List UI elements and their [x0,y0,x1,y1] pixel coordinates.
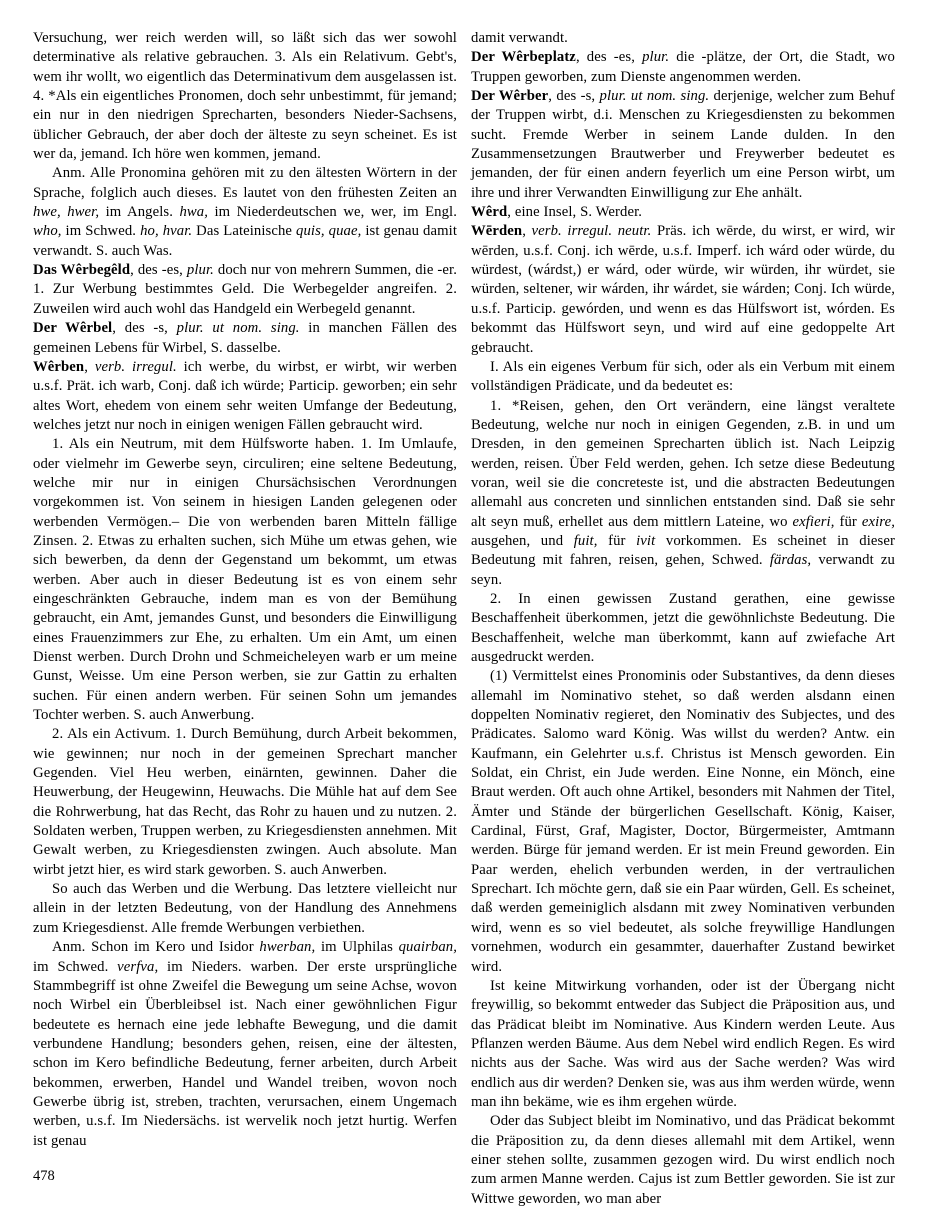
text-run: Das Lateinische [192,223,296,239]
paragraph: Der Wêrbeplatz, des -es, plur. die -plät… [471,48,895,87]
headword: Wêrd [471,204,507,220]
headword: Wērden [471,223,522,239]
text-run: Ist keine Mitwirkung vorhanden, oder ist… [471,978,895,1110]
paragraph: Der Wêrber, des -s, plur. ut nom. sing. … [471,87,895,203]
text-run: , eine Insel, S. Werder. [507,204,642,220]
text-run: Präs. ich wērde, du wirst, er wird, wir … [471,223,895,355]
paragraph: Wērden, verb. irregul. neutr. Präs. ich … [471,222,895,357]
text-run: für [598,533,637,549]
paragraph: Oder das Subject bleibt im Nominativo, u… [471,1112,895,1209]
text-run: im Schwed. [33,959,117,975]
text-run: , des -es, [576,49,642,65]
text-run: im Ulphilas [315,939,398,955]
text-run: damit verwandt. [471,30,568,46]
text-run: Anm. Schon im Kero und Isidor [52,939,259,955]
text-run: I. Als ein eigenes Verbum für sich, oder… [471,359,895,394]
paragraph: Anm. Schon im Kero und Isidor hwerban, i… [33,938,457,1151]
headword: Der Wêrber [471,88,548,104]
text-run: im Schwed. [62,223,141,239]
paragraph: Der Wêrbel, des -s, plur. ut nom. sing. … [33,319,457,358]
paragraph: 2. Als ein Activum. 1. Durch Bemühung, d… [33,725,457,880]
text-run: So auch das Werben und die Werbung. Das … [33,881,457,936]
text-run: , [522,223,531,239]
text-columns: Versuchung, wer reich werden will, so lä… [0,0,935,1209]
text-run: , [84,359,95,375]
text-run: färdas, [770,552,811,568]
paragraph: Wêrd, eine Insel, S. Werder. [471,203,895,222]
column-right: damit verwandt.Der Wêrbeplatz, des -es, … [471,29,895,1209]
text-run: Anm. Alle Pronomina gehören mit zu den ä… [33,165,457,200]
paragraph: 2. In einen gewissen Zustand gerathen, e… [471,590,895,667]
column-left: Versuchung, wer reich werden will, so lä… [33,29,457,1209]
paragraph: damit verwandt. [471,29,895,48]
text-run: hwa, [179,204,208,220]
headword: Wêrben [33,359,84,375]
text-run: , des -es, [130,262,187,278]
headword: Der Wêrbeplatz [471,49,576,65]
paragraph: Wêrben, verb. irregul. ich werbe, du wir… [33,358,457,435]
text-run: 2. In einen gewissen Zustand gerathen, e… [471,591,895,665]
text-run: Versuchung, wer reich werden will, so lä… [33,30,457,162]
text-run: fuit, [574,533,598,549]
paragraph: (1) Vermittelst eines Pronominis oder Su… [471,667,895,977]
text-run: verb. irregul. neutr. [532,223,652,239]
text-run: hwe, hwer, [33,204,99,220]
text-run: , des -s, [548,88,599,104]
text-run: ho, hvar. [140,223,192,239]
text-run: plur. ut nom. sing. [600,88,710,104]
dictionary-page: Versuchung, wer reich werden will, so lä… [0,0,935,1210]
text-run: exire, [862,514,895,530]
text-run: im Angels. [99,204,179,220]
text-run: derjenige, welcher zum Behuf der Truppen… [471,88,895,201]
text-run: exfieri, [793,514,835,530]
paragraph: Ist keine Mitwirkung vorhanden, oder ist… [471,977,895,1112]
text-run: quairban, [399,939,457,955]
text-run: quis, quae, [296,223,361,239]
paragraph: So auch das Werben und die Werbung. Das … [33,880,457,938]
paragraph: Versuchung, wer reich werden will, so lä… [33,29,457,164]
page-number: 478 [33,1168,55,1185]
headword: Das Wêrbegêld [33,262,130,278]
text-run: hwerban, [259,939,315,955]
paragraph: Das Wêrbegêld, des -es, plur. doch nur v… [33,261,457,319]
text-run: , des -s, [112,320,176,336]
paragraph: I. Als ein eigenes Verbum für sich, oder… [471,358,895,397]
text-run: (1) Vermittelst eines Pronominis oder Su… [471,668,895,974]
text-run: verfva, [117,959,158,975]
text-run: 1. Als ein Neutrum, mit dem Hülfsworte h… [33,436,457,723]
paragraph: Anm. Alle Pronomina gehören mit zu den ä… [33,164,457,261]
text-run: plur. [187,262,214,278]
text-run: 1. *Reisen, gehen, den Ort verändern, ei… [471,398,895,530]
text-run: im Nieders. warben. Der erste ursprüngli… [33,959,457,1149]
text-run: plur. [642,49,669,65]
text-run: verb. irregul. [95,359,177,375]
text-run: für [835,514,862,530]
text-run: im Niederdeutschen we, wer, im Engl. [208,204,457,220]
paragraph: 1. Als ein Neutrum, mit dem Hülfsworte h… [33,435,457,725]
text-run: 2. Als ein Activum. 1. Durch Bemühung, d… [33,726,457,877]
headword: Der Wêrbel [33,320,112,336]
text-run: Oder das Subject bleibt im Nominativo, u… [471,1113,895,1206]
text-run: ivit [636,533,655,549]
text-run: who, [33,223,62,239]
text-run: ausgehen, und [471,533,574,549]
paragraph: 1. *Reisen, gehen, den Ort verändern, ei… [471,397,895,590]
text-run: plur. ut nom. sing. [177,320,300,336]
